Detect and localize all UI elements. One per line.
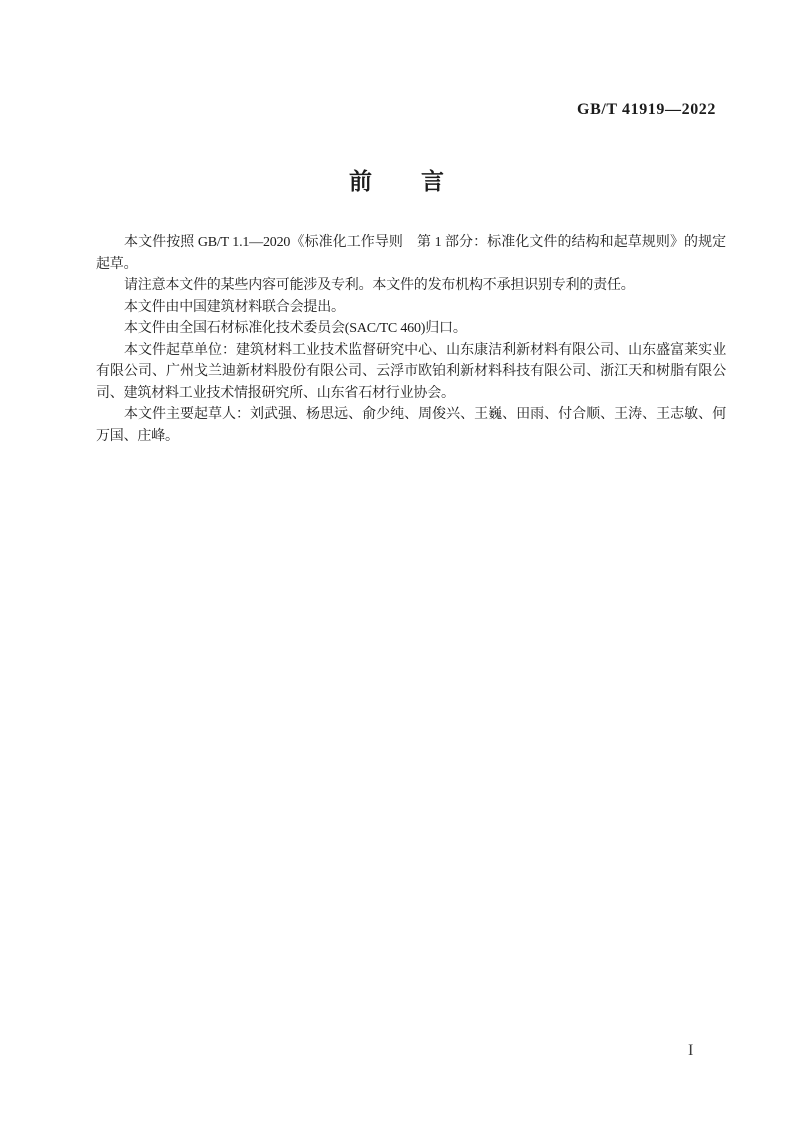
- paragraph-drafting-organizations: 本文件起草单位：建筑材料工业技术监督研究中心、山东康洁利新材料有限公司、山东盛富…: [96, 340, 726, 405]
- foreword-body: 本文件按照 GB/T 1.1—2020《标准化工作导则 第 1 部分：标准化文件…: [96, 232, 726, 447]
- paragraph-chief-drafters: 本文件主要起草人：刘武强、杨思远、俞少纯、周俊兴、王巍、田雨、付合顺、王涛、王志…: [96, 404, 726, 447]
- document-page: GB/T 41919—2022 前 言 本文件按照 GB/T 1.1—2020《…: [0, 0, 794, 1122]
- foreword-title: 前 言: [0, 163, 794, 196]
- paragraph-patent-notice: 请注意本文件的某些内容可能涉及专利。本文件的发布机构不承担识别专利的责任。: [96, 275, 726, 297]
- paragraph-drafting-rules: 本文件按照 GB/T 1.1—2020《标准化工作导则 第 1 部分：标准化文件…: [96, 232, 726, 275]
- page-number: I: [688, 1042, 693, 1060]
- paragraph-centralized-by: 本文件由全国石材标准化技术委员会(SAC/TC 460)归口。: [96, 318, 726, 340]
- paragraph-proposed-by: 本文件由中国建筑材料联合会提出。: [96, 297, 726, 319]
- standard-number: GB/T 41919—2022: [577, 101, 716, 119]
